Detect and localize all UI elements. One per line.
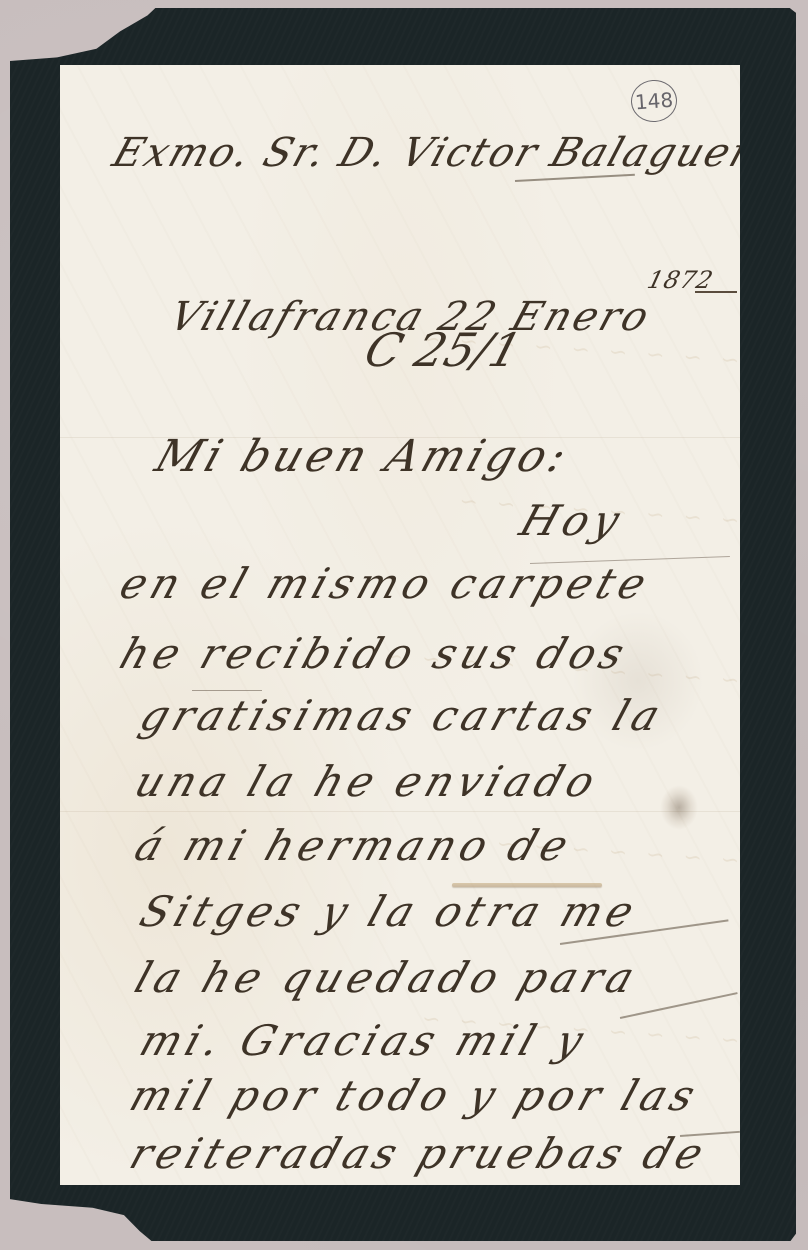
letter-line: Sitges y la otra me: [135, 891, 644, 933]
archive-page-number-text: 148: [634, 88, 674, 115]
ink-stain: [660, 785, 698, 830]
paper-crease-mark: [452, 883, 602, 887]
letter-line: la he quedado para: [130, 957, 644, 999]
letter-line: mil por todo y por las: [125, 1075, 705, 1117]
letter-line: reiteradas pruebas de: [125, 1133, 713, 1175]
year-underline: [695, 291, 737, 293]
letter-line: gratisimas cartas la: [135, 695, 670, 737]
letter-line: en el mismo carpete: [115, 563, 656, 605]
reference-mark: C 25/1: [360, 327, 526, 373]
letter-line: Hoy: [515, 500, 629, 542]
addressee-line: Exmo. Sr. D. Victor Balaguer: [108, 133, 740, 173]
letter-paper: ~ ~ ~ ~ ~ ~ ~ ~ ~ ~ ~ ~ ~ ~ ~ ~ ~ ~ ~ ~ …: [60, 65, 740, 1185]
year-text: 1872: [645, 268, 716, 292]
letter-line: á mi hermano de: [130, 825, 578, 867]
archive-page-number: 148: [630, 78, 679, 123]
letter-line: mi. Gracias mil y: [135, 1020, 593, 1062]
t-crossbar-stroke: [192, 690, 262, 691]
letter-line: he recibido sus dos: [115, 633, 634, 675]
salutation: Mi buen Amigo:: [150, 435, 575, 479]
flourish-stroke: [620, 992, 738, 1018]
letter-line: una la he enviado: [130, 761, 605, 803]
